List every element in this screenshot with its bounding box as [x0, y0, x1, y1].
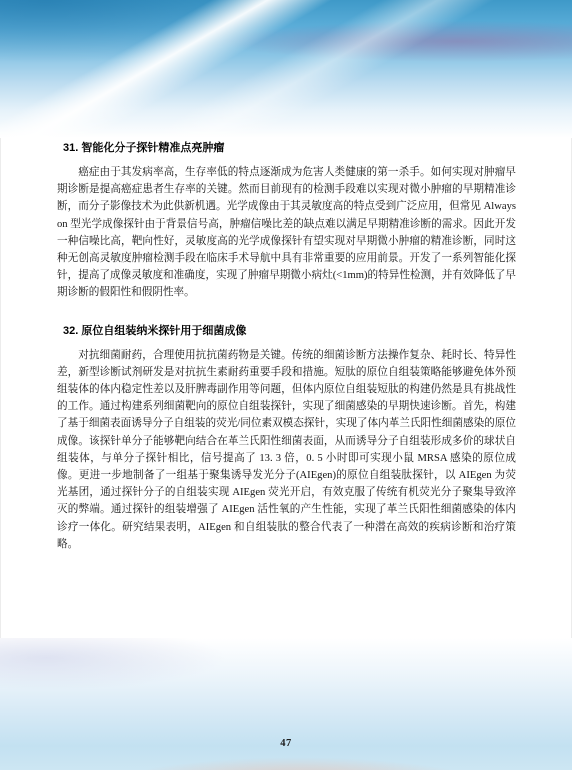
section-32-heading: 32. 原位自组装纳米探针用于细菌成像 — [63, 324, 516, 338]
section-32-paragraph: 对抗细菌耐药，合理使用抗抗菌药物是关键。传统的细菌诊断方法操作复杂、耗时长、特异… — [57, 347, 516, 553]
section-31-heading: 31. 智能化分子探针精准点亮肿瘤 — [63, 141, 516, 155]
section-31: 31. 智能化分子探针精准点亮肿瘤 癌症由于其发病率高，生存率低的特点逐渐成为危… — [57, 141, 516, 302]
header-wave-decoration — [0, 0, 572, 138]
document-page: 31. 智能化分子探针精准点亮肿瘤 癌症由于其发病率高，生存率低的特点逐渐成为危… — [0, 0, 572, 770]
section-31-paragraph: 癌症由于其发病率高，生存率低的特点逐渐成为危害人类健康的第一杀手。如何实现对肿瘤… — [57, 164, 516, 302]
footer-wave-decoration — [0, 638, 572, 770]
section-32: 32. 原位自组装纳米探针用于细菌成像 对抗细菌耐药，合理使用抗抗菌药物是关键。… — [57, 324, 516, 553]
page-content: 31. 智能化分子探针精准点亮肿瘤 癌症由于其发病率高，生存率低的特点逐渐成为危… — [57, 141, 516, 553]
page-number: 47 — [0, 738, 572, 749]
